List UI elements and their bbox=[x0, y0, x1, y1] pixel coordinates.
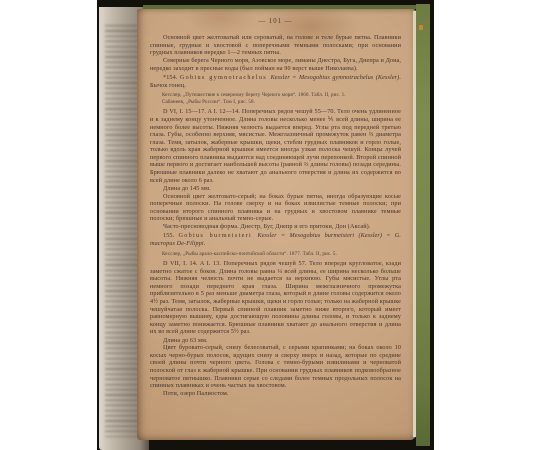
species-155-coloration: Цвет буровато-серый, снизу белесоватый, … bbox=[150, 344, 401, 389]
species-154-distribution: Часто-пресноводная форма. Днестр, Буг, Д… bbox=[150, 223, 401, 231]
species-155-number: 155. bbox=[163, 232, 178, 239]
species-155-latin-name: Gobius burmeisteri bbox=[178, 232, 257, 239]
species-154-description: D VI, I. 15—17. A I. 12—14. Поперечных р… bbox=[150, 108, 401, 184]
citation-line: Сабанеев, „Рыбы России“. Том I, рис. 58. bbox=[162, 99, 401, 106]
species-155-author: Kessler bbox=[257, 232, 276, 239]
species-154-number: *154. bbox=[163, 74, 180, 81]
cover-orange-mark bbox=[419, 25, 423, 30]
species-154-author: Kessler bbox=[271, 74, 290, 81]
book-cover-strip bbox=[416, 4, 430, 446]
species-155-length: Длина до 63 мм. bbox=[150, 337, 401, 345]
species-155-distribution: Поти, озеро Палиостом. bbox=[150, 390, 401, 398]
species-heading-155: 155. Gobius burmeisteri Kessler = Mesogo… bbox=[150, 232, 401, 247]
book-page: — 101 — Основной цвет желтоватый или сер… bbox=[137, 9, 416, 440]
species-154-coloration: Основной цвет желтовато-серый; на боках … bbox=[150, 193, 401, 223]
paragraph-intro-distribution: Северные берега Черного моря, Азовское м… bbox=[150, 57, 401, 72]
citation-line: Кесслер, „Рыбы арало-каспийско-понтийско… bbox=[162, 251, 401, 258]
book-photo: — 101 — Основной цвет желтоватый или сер… bbox=[97, 0, 434, 450]
citation-line: Кесслер, „Путешествие к северному берегу… bbox=[162, 92, 401, 99]
reference-citations-155: Кесслер, „Рыбы арало-каспийско-понтийско… bbox=[162, 251, 401, 258]
page-number: — 101 — bbox=[150, 18, 401, 26]
species-154-latin-name: Gobius gymnotrachelus bbox=[180, 74, 271, 81]
reference-citations-154: Кесслер, „Путешествие к северному берегу… bbox=[162, 92, 401, 105]
species-154-common-name: Бычок гонец. bbox=[150, 82, 186, 89]
species-154-length: Длина до 145 мм. bbox=[150, 185, 401, 193]
species-heading-154: *154. Gobius gymnotrachelus Kessler = Me… bbox=[150, 74, 401, 89]
species-155-author2: De-Filippi. bbox=[177, 240, 206, 247]
species-154-synonym: = Mesogobius gymnotrachelus (Kessler). bbox=[290, 74, 401, 81]
page-text-block: — 101 — Основной цвет желтоватый или сер… bbox=[150, 18, 401, 433]
screenshot-canvas: { "colors":{ "backdrop":"#12110b", "page… bbox=[0, 0, 550, 450]
species-155-description: D VII, I. 14. A I. 13. Поперечных рядов … bbox=[150, 260, 401, 336]
paragraph-intro-coloration: Основной цвет желтоватый или сероватый, … bbox=[150, 34, 401, 57]
